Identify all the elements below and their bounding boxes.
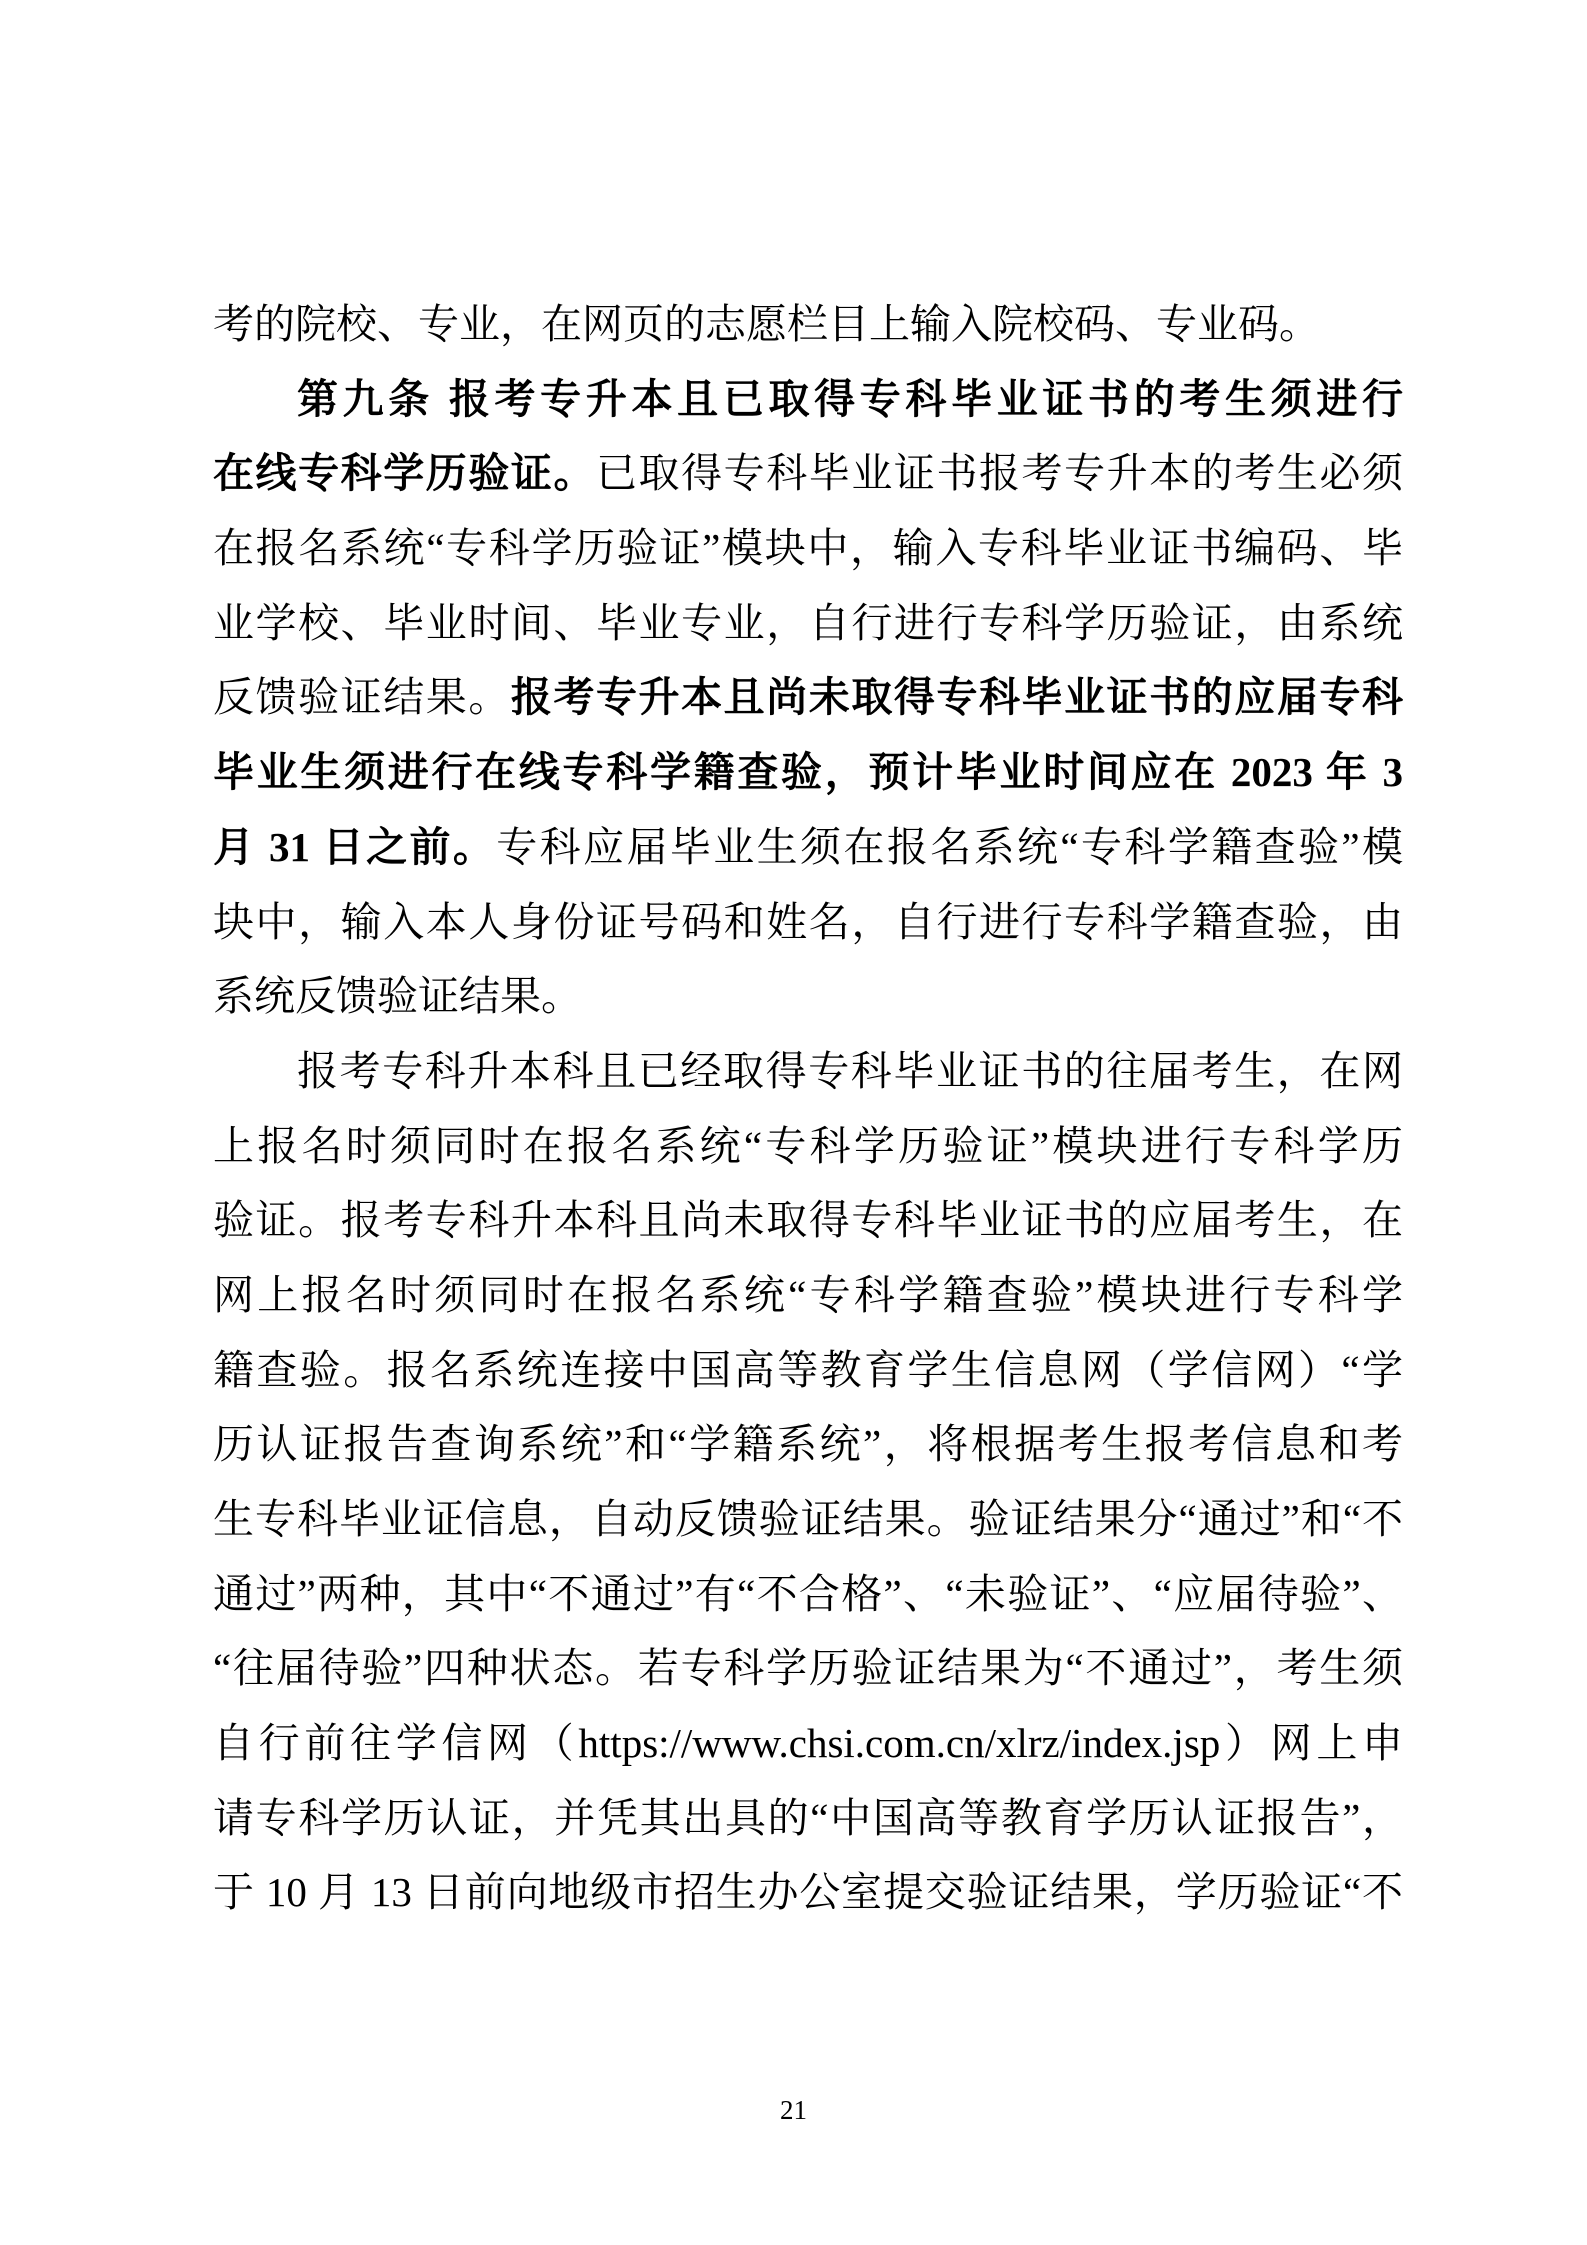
text-segment: 业学校、毕业时间、毕业专业，自行进行专科学历验证，由系统 xyxy=(213,600,1403,646)
text-line: 历认证报告查询系统”和“学籍系统”，将根据考生报考信息和考 xyxy=(213,1407,1403,1482)
text-line: 报考专科升本科且已经取得专科毕业证书的往届考生，在网 xyxy=(213,1034,1403,1109)
text-segment: 网上报名时须同时在报名系统“专科学籍查验”模块进行专科学 xyxy=(213,1272,1403,1318)
text-line: 系统反馈验证结果。 xyxy=(213,959,1403,1034)
text-line: “往届待验”四种状态。若专科学历验证结果为“不通过”，考生须 xyxy=(213,1631,1403,1706)
text-segment: 历认证报告查询系统”和“学籍系统”，将根据考生报考信息和考 xyxy=(213,1421,1403,1467)
text-line: 请专科学历认证，并凭其出具的“中国高等教育学历认证报告”， xyxy=(213,1781,1403,1856)
text-line: 在线专科学历验证。已取得专科毕业证书报考专升本的考生必须 xyxy=(213,436,1403,511)
text-line: 网上报名时须同时在报名系统“专科学籍查验”模块进行专科学 xyxy=(213,1258,1403,1333)
text-segment: 专科应届毕业生须在报名系统“专科学籍查验”模 xyxy=(496,824,1403,870)
text-line: 月 31 日之前。专科应届毕业生须在报名系统“专科学籍查验”模 xyxy=(213,810,1403,885)
text-segment: 通过”两种，其中“不通过”有“不合格”、“未验证”、“应届待验”、 xyxy=(213,1571,1403,1617)
text-line: 考的院校、专业，在网页的志愿栏目上输入院校码、专业码。 xyxy=(213,287,1403,362)
text-segment: 在线专科学历验证。 xyxy=(213,450,596,496)
text-line: 生专科毕业证信息，自动反馈验证结果。验证结果分“通过”和“不 xyxy=(213,1482,1403,1557)
text-segment: 月 31 日之前。 xyxy=(213,824,496,870)
text-segment: 反馈验证结果。 xyxy=(213,674,511,720)
text-line: 业学校、毕业时间、毕业专业，自行进行专科学历验证，由系统 xyxy=(213,586,1403,661)
text-segment: “往届待验”四种状态。若专科学历验证结果为“不通过”，考生须 xyxy=(213,1645,1403,1691)
text-line: 在报名系统“专科学历验证”模块中，输入专科毕业证书编码、毕 xyxy=(213,511,1403,586)
text-line: 自行前往学信网（https://www.chsi.com.cn/xlrz/ind… xyxy=(213,1706,1403,1781)
text-segment: 块中，输入本人身份证号码和姓名，自行进行专科学籍查验，由 xyxy=(213,899,1403,945)
text-segment: 籍查验。报名系统连接中国高等教育学生信息网（学信网）“学 xyxy=(213,1347,1403,1393)
text-line: 毕业生须进行在线专科学籍查验，预计毕业时间应在 2023 年 3 xyxy=(213,735,1403,810)
document-page: 考的院校、专业，在网页的志愿栏目上输入院校码、专业码。第九条 报考专升本且已取得… xyxy=(0,0,1587,2245)
text-segment: 于 10 月 13 日前向地级市招生办公室提交验证结果，学历验证“不 xyxy=(213,1869,1403,1915)
text-line: 上报名时须同时在报名系统“专科学历验证”模块进行专科学历 xyxy=(213,1109,1403,1184)
text-segment: 考的院校、专业，在网页的志愿栏目上输入院校码、专业码。 xyxy=(213,301,1320,347)
text-line: 通过”两种，其中“不通过”有“不合格”、“未验证”、“应届待验”、 xyxy=(213,1557,1403,1632)
text-segment: 已取得专科毕业证书报考专升本的考生必须 xyxy=(596,450,1403,496)
text-line: 反馈验证结果。报考专升本且尚未取得专科毕业证书的应届专科 xyxy=(213,660,1403,735)
page-body-text: 考的院校、专业，在网页的志愿栏目上输入院校码、专业码。第九条 报考专升本且已取得… xyxy=(213,287,1403,1930)
text-segment: 请专科学历认证，并凭其出具的“中国高等教育学历认证报告”， xyxy=(213,1795,1403,1841)
text-segment: 报考专科升本科且已经取得专科毕业证书的往届考生，在网 xyxy=(297,1048,1403,1094)
text-segment: 报考专升本且尚未取得专科毕业证书的应届专科 xyxy=(511,674,1403,720)
text-segment: 生专科毕业证信息，自动反馈验证结果。验证结果分“通过”和“不 xyxy=(213,1496,1403,1542)
text-segment: 第九条 报考专升本且已取得专科毕业证书的考生须进行 xyxy=(297,376,1403,422)
text-segment: 在报名系统“专科学历验证”模块中，输入专科毕业证书编码、毕 xyxy=(213,525,1403,571)
text-line: 于 10 月 13 日前向地级市招生办公室提交验证结果，学历验证“不 xyxy=(213,1855,1403,1930)
text-line: 籍查验。报名系统连接中国高等教育学生信息网（学信网）“学 xyxy=(213,1333,1403,1408)
text-segment: 验证。报考专科升本科且尚未取得专科毕业证书的应届考生，在 xyxy=(213,1197,1403,1243)
text-segment: 自行前往学信网（https://www.chsi.com.cn/xlrz/ind… xyxy=(213,1720,1403,1766)
page-number: 21 xyxy=(0,2090,1587,2130)
text-line: 块中，输入本人身份证号码和姓名，自行进行专科学籍查验，由 xyxy=(213,885,1403,960)
text-segment: 上报名时须同时在报名系统“专科学历验证”模块进行专科学历 xyxy=(213,1123,1403,1169)
text-line: 第九条 报考专升本且已取得专科毕业证书的考生须进行 xyxy=(213,362,1403,437)
text-segment: 系统反馈验证结果。 xyxy=(213,973,582,1019)
text-segment: 毕业生须进行在线专科学籍查验，预计毕业时间应在 2023 年 3 xyxy=(213,749,1403,795)
text-line: 验证。报考专科升本科且尚未取得专科毕业证书的应届考生，在 xyxy=(213,1183,1403,1258)
